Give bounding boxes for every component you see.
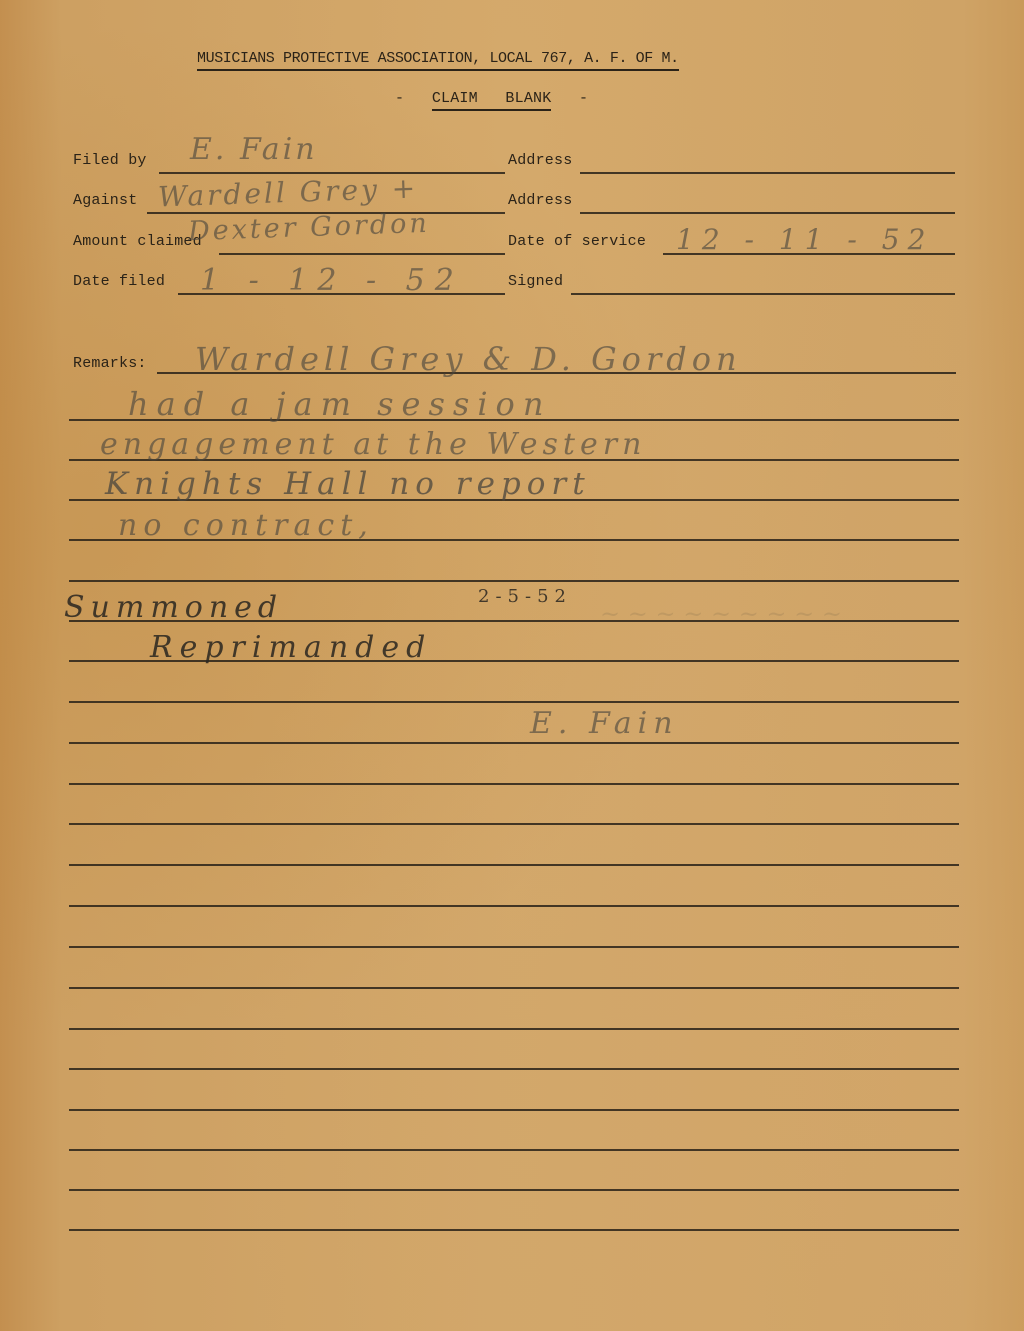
signature: E. Fain <box>530 706 679 741</box>
date-of-service-value: 12 - 11 - 52 <box>676 223 933 256</box>
filed-by-value: E. Fain <box>190 132 318 167</box>
amount-claimed-label: Amount claimed <box>73 233 202 250</box>
remarks-line-13 <box>69 864 959 866</box>
date-of-service-label: Date of service <box>508 233 646 250</box>
address-1-line <box>580 172 955 174</box>
date-filed-label: Date filed <box>73 273 165 290</box>
signed-line <box>571 293 955 295</box>
remark-text-5: no contract, <box>118 508 374 543</box>
remarks-line-6 <box>69 580 959 582</box>
remarks-line-21 <box>69 1189 959 1191</box>
bleed-through-text: ~ ~ ~ ~ ~ ~ ~ ~ ~ <box>600 600 842 628</box>
outcome-text: Reprimanded <box>150 630 432 665</box>
remarks-line-17 <box>69 1028 959 1030</box>
subtitle-dash-left: - <box>395 90 404 107</box>
summons-date: 2-5-52 <box>478 586 572 607</box>
signed-label: Signed <box>508 273 563 290</box>
remarks-line-9 <box>69 701 959 703</box>
remark-text-1: Wardell Grey & D. Gordon <box>195 340 742 378</box>
remark-text-2: had a jam session <box>128 385 551 423</box>
remarks-line-14 <box>69 905 959 907</box>
claim-blank-document: MUSICIANS PROTECTIVE ASSOCIATION, LOCAL … <box>0 0 1024 1331</box>
remarks-line-11 <box>69 783 959 785</box>
address-2-line <box>580 212 955 214</box>
amount-claimed-line <box>219 253 505 255</box>
address-2-label: Address <box>508 192 572 209</box>
subtitle-text: CLAIM BLANK <box>432 90 552 111</box>
remarks-line-12 <box>69 823 959 825</box>
remarks-line-16 <box>69 987 959 989</box>
remarks-line-22 <box>69 1229 959 1231</box>
remarks-line-20 <box>69 1149 959 1151</box>
remarks-line-15 <box>69 946 959 948</box>
summons-text: Summoned <box>64 590 283 625</box>
remark-text-3: engagement at the Western <box>100 427 646 462</box>
remark-text-4: Knights Hall no report <box>105 466 591 502</box>
remarks-line-10 <box>69 742 959 744</box>
form-subtitle: - CLAIM BLANK - <box>395 90 588 107</box>
association-title: MUSICIANS PROTECTIVE ASSOCIATION, LOCAL … <box>197 50 679 71</box>
subtitle-dash-right: - <box>579 90 588 107</box>
date-filed-value: 1 - 12 - 52 <box>200 263 464 298</box>
against-label: Against <box>73 192 137 209</box>
remarks-line-19 <box>69 1109 959 1111</box>
remarks-label: Remarks: <box>73 355 147 372</box>
against-value: Wardell Grey + <box>158 171 419 213</box>
remarks-line-18 <box>69 1068 959 1070</box>
address-1-label: Address <box>508 152 572 169</box>
filed-by-label: Filed by <box>73 152 147 169</box>
